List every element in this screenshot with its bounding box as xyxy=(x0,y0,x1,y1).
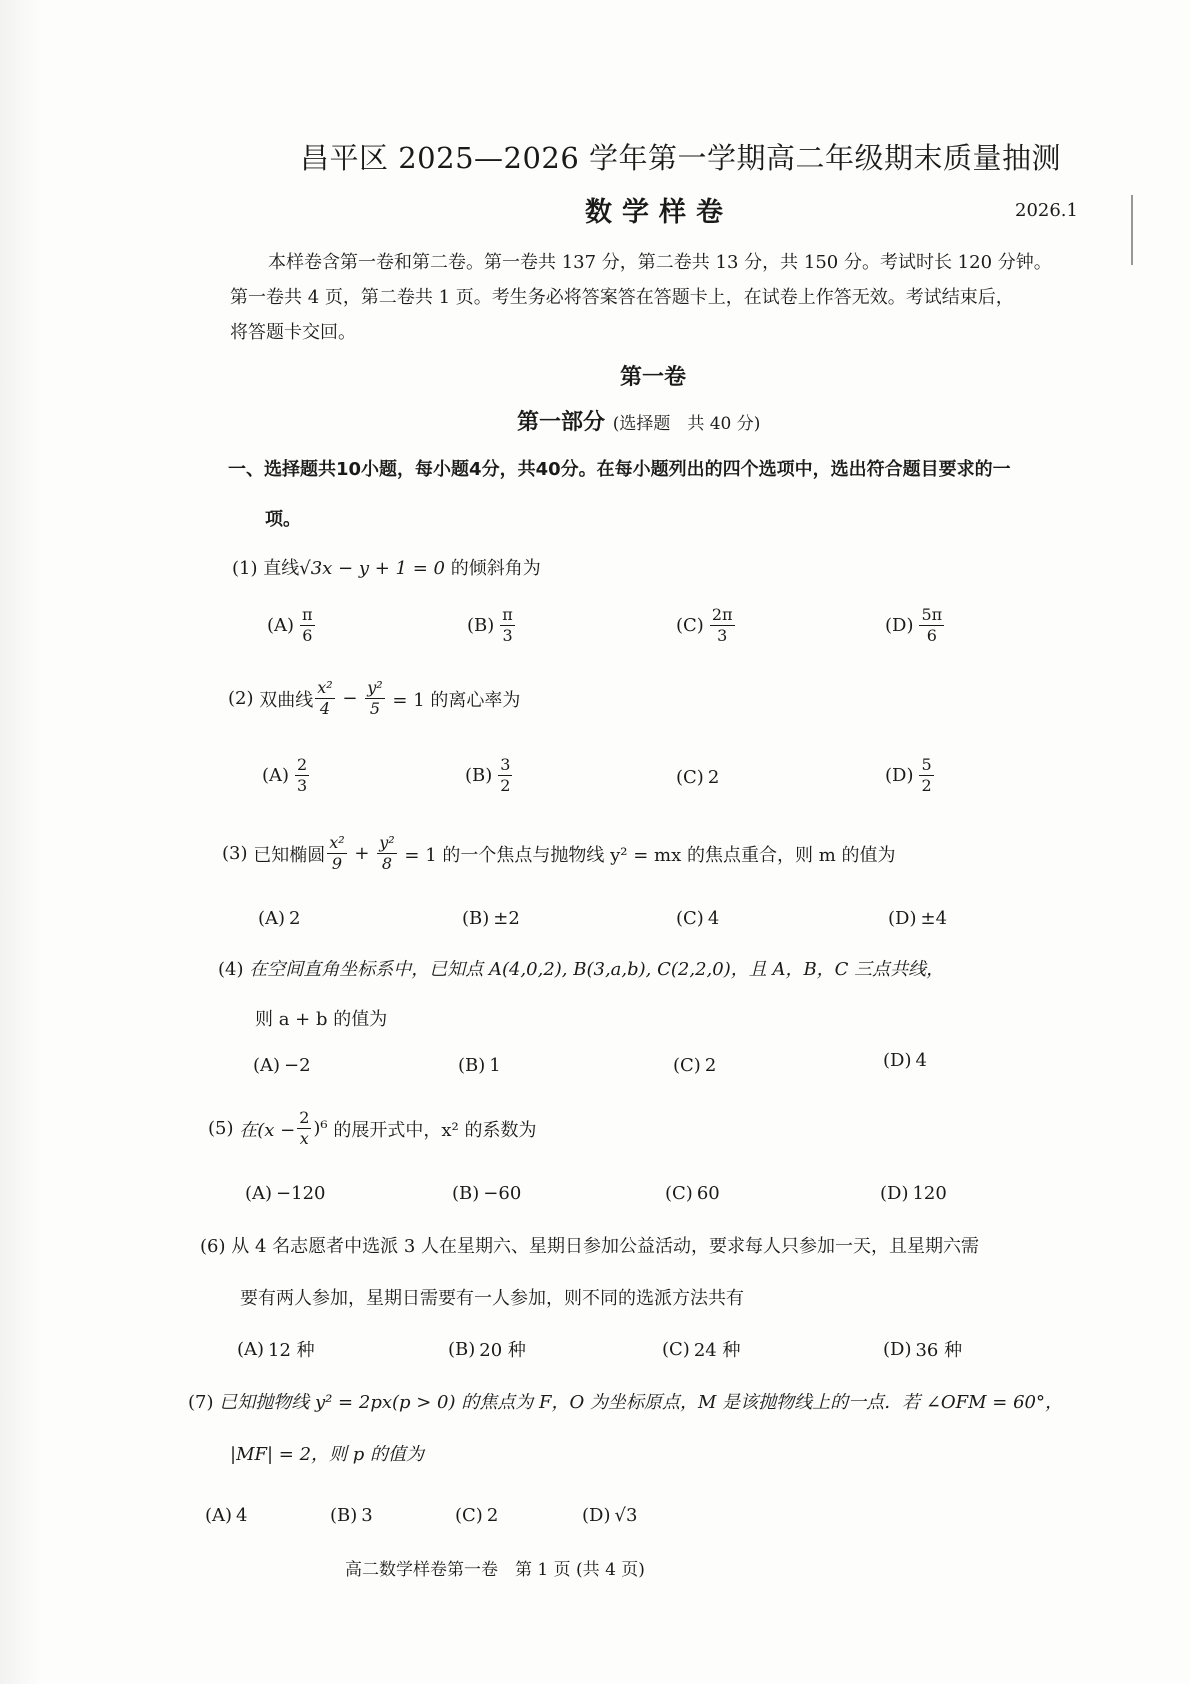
question-5-option-d[interactable]: (D)120 xyxy=(880,1183,947,1204)
question-3-option-d[interactable]: (D)±4 xyxy=(888,908,947,929)
exam-date: 2026.1 xyxy=(1015,200,1078,221)
question-2-option-a[interactable]: (A) 23 xyxy=(262,757,311,794)
section-instruction-line-2: 项。 xyxy=(265,505,301,531)
volume-heading: 第一卷 xyxy=(620,360,686,391)
question-6-option-b[interactable]: (B)20 种 xyxy=(448,1336,526,1362)
question-3-option-b[interactable]: (B)±2 xyxy=(462,908,520,929)
intro-line-2: 第一卷共 4 页，第二卷共 1 页。考生务必将答案答在答题卡上，在试卷上作答无效… xyxy=(230,283,1014,309)
question-2-stem: (2) 双曲线 x²4 − y²5 = 1 的离心率为 xyxy=(228,680,520,717)
question-5-option-a[interactable]: (A)−120 xyxy=(245,1183,326,1204)
question-4-option-c[interactable]: (C)2 xyxy=(673,1055,716,1076)
question-4-option-b[interactable]: (B)1 xyxy=(458,1055,501,1076)
exam-subtitle: 数学样卷 xyxy=(585,190,733,229)
question-6-stem-line-1: (6) 从 4 名志愿者中选派 3 人在星期六、星期日参加公益活动，要求每人只参… xyxy=(200,1232,979,1258)
part-note: (选择题 共 40 分) xyxy=(613,414,761,434)
question-1-stem: (1) 直线√3x − y + 1 = 0 的倾斜角为 xyxy=(232,554,541,580)
question-5-stem: (5) 在(x − 2x )⁶ 的展开式中，x² 的系数为 xyxy=(208,1110,536,1147)
question-4-option-d[interactable]: (D)4 xyxy=(883,1050,927,1071)
question-2-option-b[interactable]: (B) 32 xyxy=(465,757,514,794)
fraction: π6 xyxy=(300,607,315,644)
fraction: π3 xyxy=(500,607,515,644)
question-3-option-c[interactable]: (C)4 xyxy=(676,908,719,929)
question-7-stem-line-1: (7) 已知抛物线 y² = 2px(p > 0) 的焦点为 F，O 为坐标原点… xyxy=(188,1388,1063,1414)
fraction: y²5 xyxy=(365,680,384,717)
question-4-option-a[interactable]: (A)−2 xyxy=(253,1055,311,1076)
fraction: 52 xyxy=(919,757,933,794)
question-1-option-c[interactable]: (C) 2π3 xyxy=(676,607,737,644)
scan-edge-line xyxy=(1131,195,1133,265)
exam-title: 昌平区 2025—2026 学年第一学期高二年级期末质量抽测 xyxy=(300,136,1061,177)
question-2-option-c[interactable]: (C)2 xyxy=(676,767,719,788)
part-title: 第一部分 xyxy=(517,410,605,435)
fraction: y²8 xyxy=(377,835,396,872)
question-4-stem-line-1: (4) 在空间直角坐标系中，已知点 A(4,0,2), B(3,a,b), C(… xyxy=(218,955,944,981)
fraction: 23 xyxy=(295,757,309,794)
question-6-stem-line-2: 要有两人参加，星期日需要有一人参加，则不同的选派方法共有 xyxy=(240,1284,744,1310)
question-3-stem: (3) 已知椭圆 x²9 + y²8 = 1 的一个焦点与抛物线 y² = mx… xyxy=(222,835,895,872)
part-heading: 第一部分 (选择题 共 40 分) xyxy=(517,405,760,436)
section-instruction-line-1: 一、选择题共10小题，每小题4分，共40分。在每小题列出的四个选项中，选出符合题… xyxy=(228,455,1011,481)
question-3-option-a[interactable]: (A)2 xyxy=(258,908,301,929)
fraction: 5π6 xyxy=(919,607,944,644)
question-6-option-d[interactable]: (D)36 种 xyxy=(883,1336,962,1362)
fraction: 2π3 xyxy=(710,607,735,644)
question-7-option-c[interactable]: (C)2 xyxy=(455,1505,498,1526)
question-2-option-d[interactable]: (D) 52 xyxy=(885,757,936,794)
intro-line-3: 将答题卡交回。 xyxy=(230,318,356,344)
question-1-option-b[interactable]: (B) π3 xyxy=(467,607,517,644)
question-4-stem-line-2: 则 a + b 的值为 xyxy=(255,1005,387,1031)
question-7-stem-line-2: |MF| = 2，则 p 的值为 xyxy=(230,1440,424,1466)
question-5-option-c[interactable]: (C)60 xyxy=(665,1183,720,1204)
fraction: 32 xyxy=(498,757,512,794)
fraction: 2x xyxy=(297,1110,311,1147)
scan-edge-shadow xyxy=(0,0,42,1684)
question-6-option-c[interactable]: (C)24 种 xyxy=(662,1336,740,1362)
question-7-option-d[interactable]: (D)√3 xyxy=(582,1505,637,1526)
question-1-option-a[interactable]: (A) π6 xyxy=(267,607,317,644)
question-1-option-d[interactable]: (D) 5π6 xyxy=(885,607,946,644)
fraction: x²4 xyxy=(315,680,334,717)
question-7-option-b[interactable]: (B)3 xyxy=(330,1505,373,1526)
question-6-option-a[interactable]: (A)12 种 xyxy=(237,1336,315,1362)
question-5-option-b[interactable]: (B)−60 xyxy=(452,1183,521,1204)
fraction: x²9 xyxy=(327,835,346,872)
page-footer: 高二数学样卷第一卷 第 1 页 (共 4 页) xyxy=(345,1555,645,1580)
question-7-option-a[interactable]: (A)4 xyxy=(205,1505,248,1526)
intro-line-1: 本样卷含第一卷和第二卷。第一卷共 137 分，第二卷共 13 分，共 150 分… xyxy=(268,248,1052,274)
